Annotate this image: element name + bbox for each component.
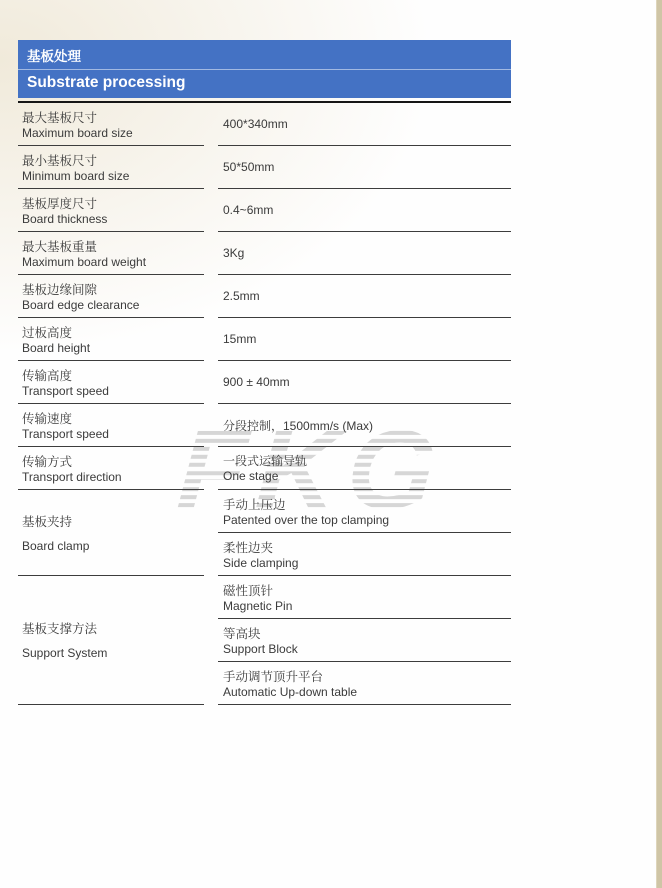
column-gap (204, 404, 218, 447)
row-label: 最小基板尺寸 Minimum board size (18, 146, 204, 189)
row-value: 900 ± 40mm (218, 361, 511, 404)
table-row-transport-height: 传输高度 Transport speed 900 ± 40mm (18, 361, 511, 404)
table-row-board-height: 过板高度 Board height 15mm (18, 318, 511, 361)
row-value: 400*340mm (218, 103, 511, 146)
row-value: 3Kg (218, 232, 511, 275)
group-option: 手动调节顶升平台 Automatic Up-down table (218, 662, 511, 705)
group-option: 手动上压边 Patented over the top clamping (218, 490, 511, 533)
row-label-zh: 传输速度 (22, 409, 204, 427)
row-label-en: Transport speed (22, 384, 204, 398)
spec-table: 最大基板尺寸 Maximum board size 400*340mm 最小基板… (18, 101, 511, 705)
option-en: Magnetic Pin (223, 599, 511, 613)
group-option: 柔性边夹 Side clamping (218, 533, 511, 576)
table-group-board-clamp: 基板夹持 Board clamp 手动上压边 Patented over the… (18, 490, 511, 576)
column-gap (204, 103, 218, 146)
row-label-en: Maximum board size (22, 126, 204, 140)
option-en: Patented over the top clamping (223, 513, 511, 527)
column-gap (204, 447, 218, 490)
column-gap (204, 490, 218, 576)
group-options: 手动上压边 Patented over the top clamping 柔性边… (218, 490, 511, 576)
row-label: 传输高度 Transport speed (18, 361, 204, 404)
table-row-min-board-size: 最小基板尺寸 Minimum board size 50*50mm (18, 146, 511, 189)
table-row-max-board-weight: 最大基板重量 Maximum board weight 3Kg (18, 232, 511, 275)
option-zh: 等高块 (223, 624, 511, 642)
option-en: Side clamping (223, 556, 511, 570)
column-gap (204, 146, 218, 189)
row-label-zh: 最小基板尺寸 (22, 151, 204, 169)
group-label-en: Support System (22, 646, 204, 660)
row-value-en: One stage (223, 469, 511, 483)
group-label-zh: 基板夹持 (22, 512, 204, 530)
column-gap (204, 232, 218, 275)
row-label: 传输方式 Transport direction (18, 447, 204, 490)
row-label: 传输速度 Transport speed (18, 404, 204, 447)
column-gap (204, 318, 218, 361)
row-label: 过板高度 Board height (18, 318, 204, 361)
row-label-en: Maximum board weight (22, 255, 204, 269)
row-label-zh: 传输高度 (22, 366, 204, 384)
row-label: 基板边缘间隙 Board edge clearance (18, 275, 204, 318)
option-en: Support Block (223, 642, 511, 656)
row-value: 15mm (218, 318, 511, 361)
row-label-zh: 基板厚度尺寸 (22, 194, 204, 212)
column-gap (204, 576, 218, 705)
row-label-zh: 过板高度 (22, 323, 204, 341)
table-row-board-thickness: 基板厚度尺寸 Board thickness 0.4~6mm (18, 189, 511, 232)
row-label-en: Transport speed (22, 427, 204, 441)
option-zh: 柔性边夹 (223, 538, 511, 556)
table-row-transport-speed: 传输速度 Transport speed 分段控制，1500mm/s (Max) (18, 404, 511, 447)
row-label-zh: 最大基板尺寸 (22, 108, 204, 126)
group-option: 磁性顶针 Magnetic Pin (218, 576, 511, 619)
row-label-zh: 传输方式 (22, 452, 204, 470)
option-zh: 手动调节顶升平台 (223, 667, 511, 685)
page-edge-strip (656, 0, 662, 888)
table-group-support-system: 基板支撑方法 Support System 磁性顶针 Magnetic Pin … (18, 576, 511, 705)
table-row-transport-direction: 传输方式 Transport direction 一段式运输导轨 One sta… (18, 447, 511, 490)
group-label: 基板支撑方法 Support System (18, 576, 204, 705)
option-zh: 磁性顶针 (223, 581, 511, 599)
row-label: 最大基板尺寸 Maximum board size (18, 103, 204, 146)
group-option: 等高块 Support Block (218, 619, 511, 662)
row-value: 0.4~6mm (218, 189, 511, 232)
spec-sheet-page: 基板处理 Substrate processing 最大基板尺寸 Maximum… (0, 40, 662, 705)
column-gap (204, 189, 218, 232)
group-label-zh: 基板支撑方法 (22, 619, 204, 637)
row-label-en: Board height (22, 341, 204, 355)
option-zh: 手动上压边 (223, 495, 511, 513)
group-label: 基板夹持 Board clamp (18, 490, 204, 576)
row-value: 50*50mm (218, 146, 511, 189)
table-row-board-edge-clearance: 基板边缘间隙 Board edge clearance 2.5mm (18, 275, 511, 318)
row-label-en: Board thickness (22, 212, 204, 226)
option-en: Automatic Up-down table (223, 685, 511, 699)
group-options: 磁性顶针 Magnetic Pin 等高块 Support Block 手动调节… (218, 576, 511, 705)
row-value-zh: 一段式运输导轨 (223, 452, 511, 469)
row-value: 2.5mm (218, 275, 511, 318)
table-row-max-board-size: 最大基板尺寸 Maximum board size 400*340mm (18, 103, 511, 146)
group-label-en: Board clamp (22, 539, 204, 553)
row-label: 最大基板重量 Maximum board weight (18, 232, 204, 275)
section-header-banner: 基板处理 Substrate processing (18, 40, 511, 98)
row-label-en: Minimum board size (22, 169, 204, 183)
section-title-en: Substrate processing (18, 70, 511, 98)
column-gap (204, 361, 218, 404)
row-label-zh: 最大基板重量 (22, 237, 204, 255)
row-label-en: Transport direction (22, 470, 204, 484)
row-label-zh: 基板边缘间隙 (22, 280, 204, 298)
column-gap (204, 275, 218, 318)
row-value: 分段控制，1500mm/s (Max) (218, 404, 511, 447)
row-label-en: Board edge clearance (22, 298, 204, 312)
row-label: 基板厚度尺寸 Board thickness (18, 189, 204, 232)
section-title-zh: 基板处理 (18, 40, 511, 70)
row-value: 一段式运输导轨 One stage (218, 447, 511, 490)
